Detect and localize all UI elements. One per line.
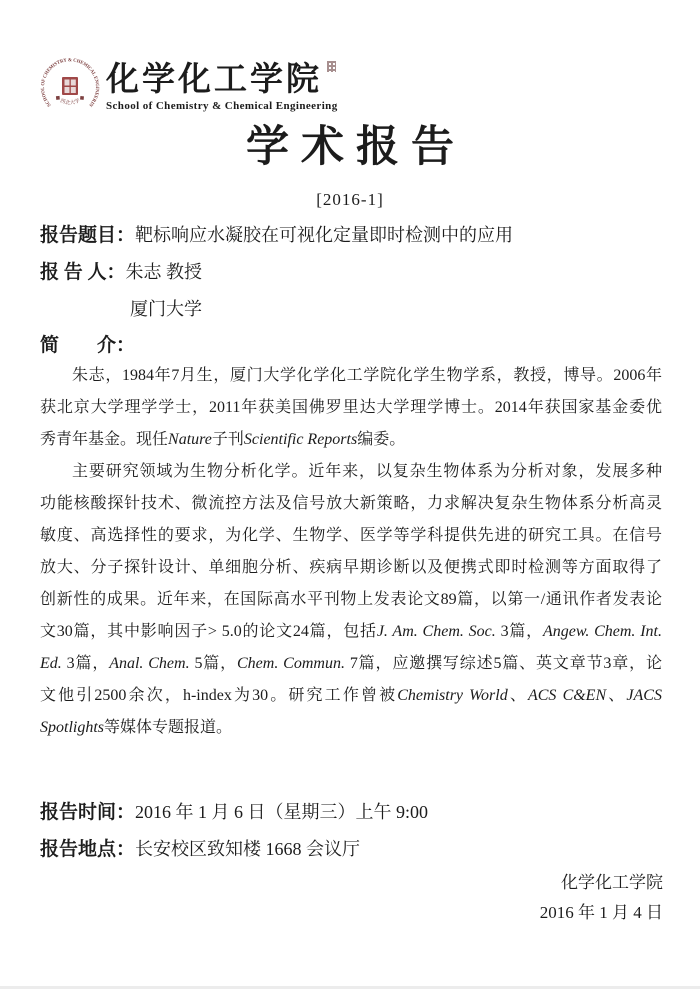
bio-text: 获北京大学理学学士，2011年获美国佛罗里达大学理学博士。2014年获国家基金委…: [40, 399, 662, 416]
intro-heading-row: 简 介：: [40, 327, 662, 364]
journal-name: Anal. Chem.: [109, 655, 189, 672]
speaker-label: 报 告 人：: [40, 262, 126, 283]
journal-name: ACS C&EN: [528, 687, 606, 704]
seal-bottom-text: ◆ 西北大学 ◆: [53, 93, 87, 106]
speaker-value: 朱志 教授: [126, 262, 203, 282]
bio-text: 、: [508, 687, 528, 704]
journal-name: Nature: [168, 431, 212, 448]
bio-paragraph-1: 朱志，1984年7月生，厦门大学化学化工学院化学生物学系，教授，博导。2006年…: [40, 360, 662, 456]
time-row: 报告时间：2016 年 1 月 6 日（星期三）上午 9:00: [40, 794, 662, 831]
bio-text-line: 文30篇，其中影响因子> 5.0的论文24篇，包括J. Am. Chem. So…: [40, 616, 662, 648]
bio-text-line: Spotlights等媒体专题报道。: [40, 712, 662, 744]
journal-name: Chem. Commun.: [237, 655, 345, 672]
affiliation-value: 厦门大学: [130, 299, 202, 319]
bio-text: 5篇，: [190, 655, 237, 672]
signature-org: 化学化工学院: [540, 868, 663, 898]
bio-text-line: 文他引2500余次，h-index为30。研究工作曾被Chemistry Wor…: [40, 680, 662, 712]
bio-text: 创新性的成果。近年来，在国际高水平刊物上发表论文89篇，以第一/通讯作者发表论: [40, 591, 662, 608]
school-brand: 化学化工学院 School of Chemistry & Chemical En…: [106, 61, 338, 112]
bio-text: 子刊: [212, 431, 244, 448]
schedule-section: 报告时间：2016 年 1 月 6 日（星期三）上午 9:00 报告地点：长安校…: [40, 794, 662, 868]
school-seal-icon: SCHOOL OF CHEMISTRY & CHEMICAL ENGINEERI…: [38, 54, 102, 118]
speaker-row: 报 告 人：朱志 教授: [40, 254, 662, 291]
school-name-en: School of Chemistry & Chemical Engineeri…: [106, 100, 338, 112]
signature-block: 化学化工学院 2016 年 1 月 4 日: [540, 868, 663, 928]
journal-name: Spotlights: [40, 719, 104, 736]
time-label: 报告时间：: [40, 802, 135, 823]
page-title: 学术报告: [0, 122, 700, 174]
topic-label: 报告题目：: [40, 225, 135, 246]
school-name-zh: 化学化工学院: [106, 61, 338, 98]
bio-text: 3篇，: [62, 655, 109, 672]
journal-name: Chemistry World: [397, 687, 507, 704]
bio-text: 功能核酸探针技术、微流控方法及信号放大新策略，力求解决复杂生物体系分析高灵: [40, 495, 662, 512]
bio-text-line: Ed. 3篇，Anal. Chem. 5篇，Chem. Commun. 7篇，应…: [40, 648, 662, 680]
bio-text: 等媒体专题报道。: [104, 719, 232, 736]
intro-label: 简 介：: [40, 335, 135, 356]
bio-text: 3篇，: [496, 623, 543, 640]
announcement-page: SCHOOL OF CHEMISTRY & CHEMICAL ENGINEERI…: [0, 0, 700, 989]
bio-text: 文30篇，其中影响因子> 5.0的论文24篇，包括: [40, 623, 377, 640]
bio-text-line: 放大、分子探针设计、单细胞分析、疾病早期诊断以及便携式即时检测等方面取得了: [40, 552, 662, 584]
bio-text: 朱志，1984年7月生，厦门大学化学化工学院化学生物学系，教授，博导。2006年: [72, 367, 662, 384]
signature-date: 2016 年 1 月 4 日: [540, 898, 663, 928]
journal-name: Angew. Chem. Int.: [543, 623, 662, 640]
bio-text-line: 秀青年基金。现任Nature子刊Scientific Reports编委。: [40, 424, 662, 456]
venue-row: 报告地点：长安校区致知楼 1668 会议厅: [40, 831, 662, 868]
bio-text: 编委。: [357, 431, 405, 448]
topic-value: 靶标响应水凝胶在可视化定量即时检测中的应用: [135, 225, 513, 245]
bio-text: 7篇，应邀撰写综述5篇、英文章节3章，论: [345, 655, 662, 672]
time-value: 2016 年 1 月 6 日（星期三）上午 9:00: [135, 802, 428, 822]
seal-center-stamp: [62, 77, 78, 95]
journal-name: JACS: [626, 687, 662, 704]
bio-text-line: 朱志，1984年7月生，厦门大学化学化工学院化学生物学系，教授，博导。2006年: [40, 360, 662, 392]
letterhead: SCHOOL OF CHEMISTRY & CHEMICAL ENGINEERI…: [38, 54, 338, 118]
bio-text: 放大、分子探针设计、单细胞分析、疾病早期诊断以及便携式即时检测等方面取得了: [40, 559, 662, 576]
bio-text-line: 敏度、高选择性的要求，为化学、生物学、医学等学科提供先进的研究工具。在信号: [40, 520, 662, 552]
bio-text-line: 主要研究领域为生物分析化学。近年来，以复杂生物体系为分析对象，发展多种: [40, 456, 662, 488]
affiliation-row: 厦门大学: [130, 291, 662, 327]
journal-name: J. Am. Chem. Soc.: [377, 623, 496, 640]
bio-paragraph-2: 主要研究领域为生物分析化学。近年来，以复杂生物体系为分析对象，发展多种功能核酸探…: [40, 456, 662, 744]
journal-name: Ed.: [40, 655, 62, 672]
bio-text: 秀青年基金。现任: [40, 431, 168, 448]
calligraphy-seal-mark-icon: [327, 61, 336, 72]
bio-text: 敏度、高选择性的要求，为化学、生物学、医学等学科提供先进的研究工具。在信号: [40, 527, 662, 544]
bio-text: 主要研究领域为生物分析化学。近年来，以复杂生物体系为分析对象，发展多种: [72, 463, 662, 480]
journal-name: Scientific Reports: [244, 431, 357, 448]
issue-number: [2016-1]: [0, 189, 700, 211]
meta-section: 报告题目：靶标响应水凝胶在可视化定量即时检测中的应用 报 告 人：朱志 教授 厦…: [40, 217, 662, 364]
bio-text: 文他引2500余次，h-index为30。研究工作曾被: [40, 687, 397, 704]
bio-text-line: 创新性的成果。近年来，在国际高水平刊物上发表论文89篇，以第一/通讯作者发表论: [40, 584, 662, 616]
bio-text-line: 功能核酸探针技术、微流控方法及信号放大新策略，力求解决复杂生物体系分析高灵: [40, 488, 662, 520]
venue-label: 报告地点：: [40, 839, 135, 860]
bio-text: 、: [606, 687, 626, 704]
school-name-zh-text: 化学化工学院: [106, 62, 322, 98]
topic-row: 报告题目：靶标响应水凝胶在可视化定量即时检测中的应用: [40, 217, 662, 254]
venue-value: 长安校区致知楼 1668 会议厅: [135, 839, 360, 859]
bio-text-line: 获北京大学理学学士，2011年获美国佛罗里达大学理学博士。2014年获国家基金委…: [40, 392, 662, 424]
bio-section: 朱志，1984年7月生，厦门大学化学化工学院化学生物学系，教授，博导。2006年…: [40, 360, 662, 744]
